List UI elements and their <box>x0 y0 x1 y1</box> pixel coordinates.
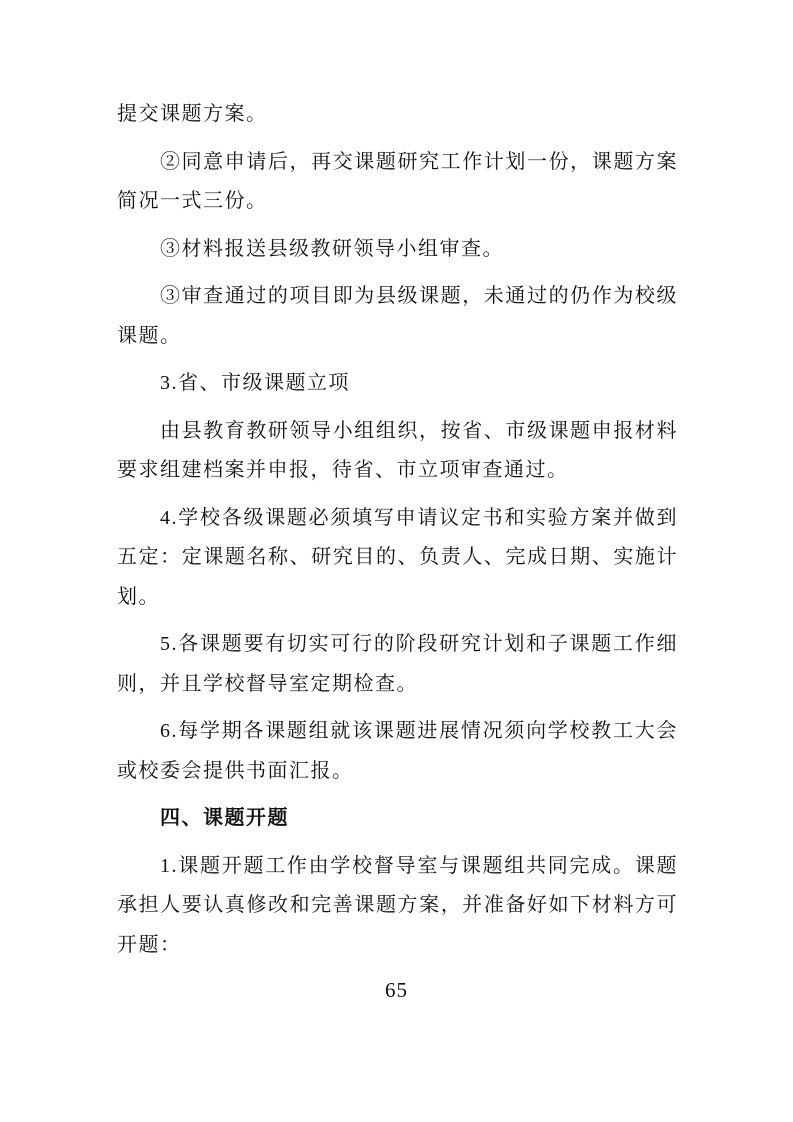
document-paragraph: 提交课题方案。 <box>117 95 678 135</box>
page-number: 65 <box>0 978 793 1003</box>
document-body: 提交课题方案。 ②同意申请后，再交课题研究工作计划一份，课题方案简况一式三份。 … <box>117 95 678 973</box>
document-paragraph: ③审查通过的项目即为县级课题，未通过的仍作为校级课题。 <box>117 277 678 356</box>
document-paragraph: 6.每学期各课题组就该课题进展情况须向学校教工大会或校委会提供书面汇报。 <box>117 712 678 791</box>
document-page: 提交课题方案。 ②同意申请后，再交课题研究工作计划一份，课题方案简况一式三份。 … <box>0 0 793 1122</box>
document-paragraph: 由县教育教研领导小组组织，按省、市级课题申报材料要求组建档案并申报，待省、市立项… <box>117 412 678 491</box>
section-heading-topic-opening: 四、课题开题 <box>117 799 678 839</box>
document-paragraph: 4.学校各级课题必须填写申请议定书和实验方案并做到五定：定课题名称、研究目的、负… <box>117 499 678 618</box>
document-paragraph: 3.省、市级课题立项 <box>117 364 678 404</box>
document-paragraph: 5.各课题要有切实可行的阶段研究计划和子课题工作细则，并且学校督导室定期检查。 <box>117 625 678 704</box>
document-paragraph: ③材料报送县级教研领导小组审查。 <box>117 230 678 270</box>
document-paragraph: ②同意申请后，再交课题研究工作计划一份，课题方案简况一式三份。 <box>117 143 678 222</box>
document-paragraph: 1.课题开题工作由学校督导室与课题组共同完成。课题承担人要认真修改和完善课题方案… <box>117 847 678 966</box>
